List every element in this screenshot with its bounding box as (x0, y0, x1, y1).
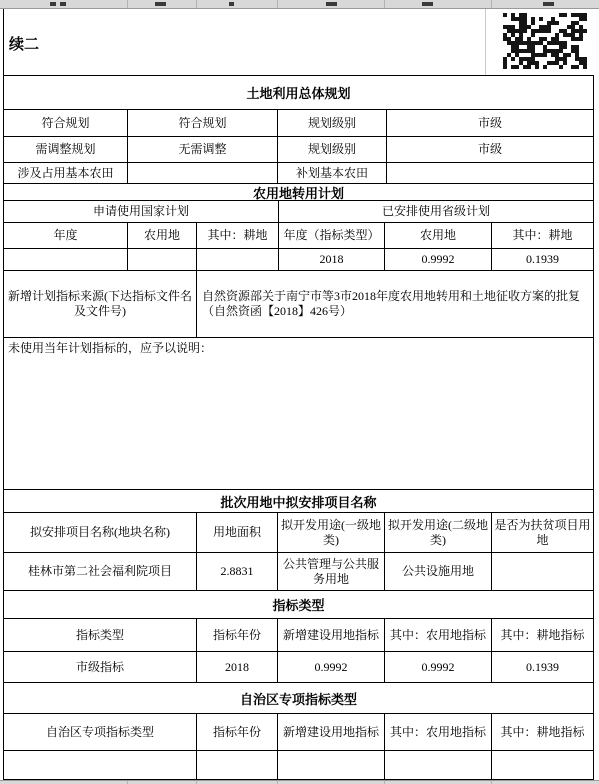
cell-value: 公共管理与公共服务用地 (278, 553, 385, 590)
table-row: 需调整规划 无需调整 规划级别 市级 (4, 137, 593, 163)
cell-value (128, 163, 278, 183)
cell-value (387, 163, 593, 183)
column-header: 其中：耕地 (197, 223, 279, 248)
cell-label: 涉及占用基本农田 (4, 163, 128, 183)
column-header: 农用地 (128, 223, 197, 248)
cell-value: 公共设施用地 (385, 553, 492, 590)
column-header: 其中：耕地 (492, 223, 593, 248)
cell-value (278, 751, 385, 779)
cell-value (492, 553, 593, 590)
clipped-row-strip-bottom (0, 780, 599, 784)
form-table: 土地利用总体规划 符合规划 符合规划 规划级别 市级 需调整规划 无需调整 规划… (3, 75, 594, 780)
column-header: 年度（指标类型） (279, 223, 385, 248)
gridline (384, 0, 385, 8)
table-row-values (4, 751, 593, 779)
table-row-column-headers: 拟安排项目名称(地块名称) 用地面积 拟开发用途(一级地类) 拟开发用途(二级地… (4, 513, 593, 553)
cell-value: 0.9992 (385, 652, 492, 682)
gridline (277, 0, 278, 8)
cell-value: 0.1939 (492, 652, 593, 682)
column-header: 其中：农用地指标 (385, 714, 492, 750)
cell-value (492, 751, 593, 779)
column-header: 其中：农用地指标 (385, 619, 492, 651)
cell-label: 规划级别 (278, 137, 387, 162)
clipped-text-mark (50, 2, 56, 6)
indicator-source-value: 自然资源部关于南宁市等3市2018年度农用地转用和土地征收方案的批复（自然资函【… (197, 271, 593, 337)
table-row-values: 市级指标 2018 0.9992 0.9992 0.1939 (4, 652, 593, 683)
clipped-text-mark (326, 2, 337, 6)
column-header: 指标类型 (4, 619, 197, 651)
column-header: 指标年份 (197, 714, 278, 750)
column-header: 是否为扶贫项目用地 (492, 513, 593, 552)
cell-value (4, 249, 128, 270)
table-row-note: 未使用当年计划指标的，应予以说明： (4, 338, 593, 490)
cell-value: 无需调整 (128, 137, 278, 162)
table-row-group-header: 申请使用国家计划 已安排使用省级计划 (4, 201, 593, 223)
spreadsheet-document-view: { "page": { "continuation_label": "续二" }… (0, 0, 599, 784)
continuation-label: 续二 (9, 33, 39, 54)
cell-value (197, 751, 278, 779)
gridline (485, 9, 486, 75)
column-header: 拟开发用途(二级地类) (385, 513, 492, 552)
cell-value: 2.8831 (197, 553, 278, 590)
cell-value: 0.9992 (278, 652, 385, 682)
clipped-row-strip-top (0, 0, 599, 9)
gridline (196, 0, 197, 8)
column-header: 年度 (4, 223, 128, 248)
table-row-values: 2018 0.9992 0.1939 (4, 249, 593, 271)
cell-label: 规划级别 (278, 110, 387, 136)
column-header: 新增建设用地指标 (278, 714, 385, 750)
cell-value (385, 751, 492, 779)
table-row-column-headers: 年度 农用地 其中：耕地 年度（指标类型） 农用地 其中：耕地 (4, 223, 593, 249)
column-header: 新增建设用地指标 (278, 619, 385, 651)
unused-indicator-note: 未使用当年计划指标的，应予以说明： (4, 338, 593, 489)
section-title-land-use-plan: 土地利用总体规划 (4, 76, 593, 110)
cell-label: 需调整规划 (4, 137, 128, 162)
column-header: 指标年份 (197, 619, 278, 651)
section-title-projects: 批次用地中拟安排项目名称 (4, 490, 593, 513)
group-header-national-plan: 申请使用国家计划 (4, 201, 279, 222)
indicator-source-label: 新增计划指标来源(下达指标文件名及文件号) (4, 271, 197, 337)
gridline (491, 0, 492, 8)
cell-value: 符合规划 (128, 110, 278, 136)
section-title-conversion-plan: 农用地转用计划 (4, 184, 593, 201)
gridline (127, 0, 128, 8)
column-header: 其中：耕地指标 (492, 619, 593, 651)
column-header: 拟开发用途(一级地类) (278, 513, 385, 552)
section-title-region-indicator: 自治区专项指标类型 (4, 683, 593, 714)
table-row-indicator-source: 新增计划指标来源(下达指标文件名及文件号) 自然资源部关于南宁市等3市2018年… (4, 271, 593, 338)
cell-value: 市级指标 (4, 652, 197, 682)
clipped-text-mark (229, 2, 234, 6)
clipped-text-mark (422, 2, 433, 6)
cell-value: 市级 (387, 137, 593, 162)
clipped-text-mark (60, 2, 66, 6)
cell-value (128, 249, 197, 270)
cell-value: 2018 (279, 249, 385, 270)
cell-label: 补划基本农田 (278, 163, 387, 183)
table-row-column-headers: 指标类型 指标年份 新增建设用地指标 其中：农用地指标 其中：耕地指标 (4, 619, 593, 652)
clipped-text-mark (155, 2, 166, 6)
group-header-provincial-plan: 已安排使用省级计划 (279, 201, 593, 222)
clipped-text-mark (543, 2, 554, 6)
table-row: 符合规划 符合规划 规划级别 市级 (4, 110, 593, 137)
table-row-column-headers: 自治区专项指标类型 指标年份 新增建设用地指标 其中：农用地指标 其中：耕地指标 (4, 714, 593, 751)
column-header: 拟安排项目名称(地块名称) (4, 513, 197, 552)
cell-value: 0.9992 (385, 249, 492, 270)
cell-value (197, 249, 279, 270)
column-header: 自治区专项指标类型 (4, 714, 197, 750)
column-header: 农用地 (385, 223, 492, 248)
cell-label: 符合规划 (4, 110, 128, 136)
cell-value: 2018 (197, 652, 278, 682)
column-header: 用地面积 (197, 513, 278, 552)
cell-value (4, 751, 197, 779)
cell-value: 市级 (387, 110, 593, 136)
header-band: 续二 (3, 9, 595, 75)
table-row: 涉及占用基本农田 补划基本农田 (4, 163, 593, 184)
cell-value: 桂林市第二社会福利院项目 (4, 553, 197, 590)
column-header: 其中：耕地指标 (492, 714, 593, 750)
cell-value: 0.1939 (492, 249, 593, 270)
qr-code-icon (503, 13, 587, 69)
table-row-values: 桂林市第二社会福利院项目 2.8831 公共管理与公共服务用地 公共设施用地 (4, 553, 593, 591)
section-title-indicator: 指标类型 (4, 591, 593, 619)
